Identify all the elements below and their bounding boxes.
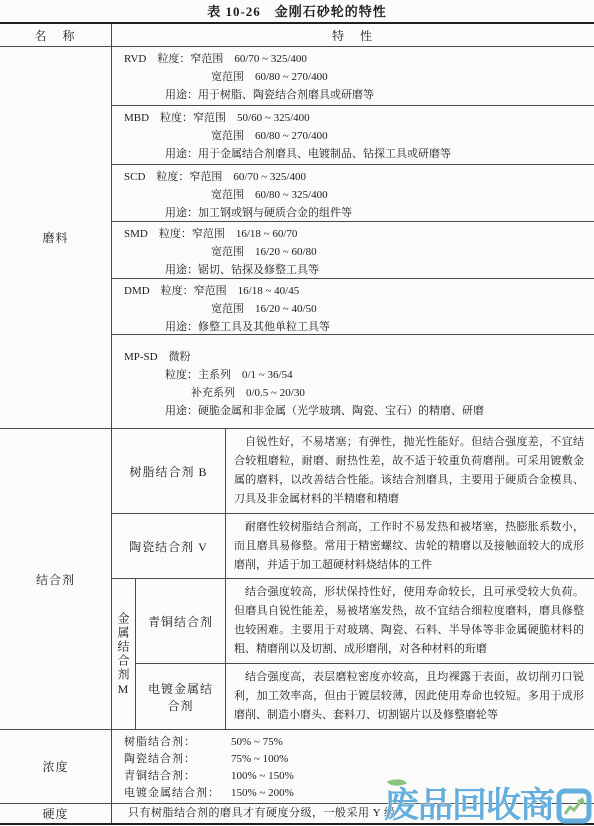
abrasive-line: 宽范围 60/80 ~ 270/400: [112, 68, 594, 86]
resin-bond-desc: 自锐性好，不易堵塞；有弹性，抛光性能好。但结合强度差，不宜结合较粗磨粒，耐磨、耐…: [226, 429, 594, 513]
header-feature-cell: 特 性: [112, 24, 594, 46]
metal-bond-name: 金属结合剂M: [115, 612, 132, 698]
abrasive-body: RVD 粒度：窄范围 60/70 ~ 325/400 宽范围 60/80 ~ 2…: [112, 47, 594, 428]
watermark-text: 废品回收商: [384, 788, 554, 824]
concentration-name: 电镀金属结合剂：: [112, 785, 231, 802]
concentration-row: 青铜结合剂： 100% ~ 150%: [112, 768, 594, 785]
header-name-cell: 名 称: [0, 24, 112, 46]
concentration-value: 50% ~ 75%: [231, 734, 594, 751]
electroplated-bond-name: 电镀金属结合剂: [136, 664, 226, 730]
abrasive-item-dmd: DMD 粒度：窄范围 16/18 ~ 40/45 宽范围 16/20 ~ 40/…: [112, 279, 594, 335]
abrasive-line: 宽范围 60/80 ~ 270/400: [112, 127, 594, 145]
hardness-row-label: 硬度: [0, 804, 112, 823]
bond-row-ceramic: 陶瓷结合剂 V 耐磨性较树脂结合剂高，工作时不易发热和被堵塞，热膨胀系数小，而且…: [112, 514, 594, 579]
abrasive-line: 宽范围 16/20 ~ 60/80: [112, 243, 594, 261]
abrasive-line: RVD 粒度：窄范围 60/70 ~ 325/400: [112, 50, 594, 68]
concentration-name: 树脂结合剂：: [112, 734, 231, 751]
abrasive-line: 用途：加工钢或钢与硬质合金的组件等: [112, 204, 594, 222]
abrasive-line: 用途：修整工具及其他单粒工具等: [112, 318, 594, 335]
concentration-row: 陶瓷结合剂： 75% ~ 100%: [112, 751, 594, 768]
metal-bond-group: 金属结合剂M 青铜结合剂 结合强度较高，形状保持性好，使用寿命较长，且可承受较大…: [112, 579, 594, 730]
abrasive-line: 补充系列 0/0.5 ~ 20/30: [112, 384, 594, 402]
resin-bond-name: 树脂结合剂 B: [112, 429, 226, 513]
abrasive-item-smd: SMD 粒度：窄范围 16/18 ~ 60/70 宽范围 16/20 ~ 60/…: [112, 222, 594, 279]
bronze-bond-name: 青铜结合剂: [136, 579, 226, 663]
watermark: 废品回收商: [384, 788, 592, 824]
metal-bond-vertical-label-cell: 金属结合剂M: [112, 579, 136, 730]
abrasive-line: MBD 粒度：窄范围 50/60 ~ 325/400: [112, 109, 594, 127]
ceramic-bond-desc: 耐磨性较树脂结合剂高，工作时不易发热和被堵塞，热膨胀系数小，而且磨具易修整。常用…: [226, 514, 594, 578]
concentration-value: 75% ~ 100%: [231, 751, 594, 768]
bond-row-metal: 金属结合剂M 青铜结合剂 结合强度较高，形状保持性好，使用寿命较长，且可承受较大…: [112, 579, 594, 730]
concentration-row: 树脂结合剂： 50% ~ 75%: [112, 734, 594, 751]
abrasive-item-mpsd: MP-SD 微粉 粒度：主系列 0/1 ~ 36/54 补充系列 0/0.5 ~…: [112, 335, 594, 429]
concentration-name: 陶瓷结合剂：: [112, 751, 231, 768]
abrasive-line: DMD 粒度：窄范围 16/18 ~ 40/45: [112, 282, 594, 300]
spec-table: 名 称 特 性 磨料 RVD 粒度：窄范围 60/70 ~ 325/400 宽范…: [0, 22, 594, 825]
concentration-value: 100% ~ 150%: [231, 768, 594, 785]
abrasive-row-label: 磨料: [0, 47, 112, 428]
abrasive-line: 宽范围 16/20 ~ 40/50: [112, 300, 594, 318]
abrasive-item-rvd: RVD 粒度：窄范围 60/70 ~ 325/400 宽范围 60/80 ~ 2…: [112, 47, 594, 106]
abrasive-line: 粒度：主系列 0/1 ~ 36/54: [112, 366, 594, 384]
electroplated-bond-desc: 结合强度高，表层磨粒密度亦较高，且均裸露于表面，故切削刃口锐利，加工效率高，但由…: [226, 664, 594, 730]
abrasive-line: 用途：锯切、钻探及修整工具等: [112, 261, 594, 279]
abrasive-item-scd: SCD 粒度：窄范围 60/70 ~ 325/400 宽范围 60/80 ~ 3…: [112, 165, 594, 222]
abrasive-section: 磨料 RVD 粒度：窄范围 60/70 ~ 325/400 宽范围 60/80 …: [0, 47, 594, 429]
metal-bond-subrows: 青铜结合剂 结合强度较高，形状保持性好，使用寿命较长，且可承受较大负荷。但磨具自…: [136, 579, 594, 730]
abrasive-item-mbd: MBD 粒度：窄范围 50/60 ~ 325/400 宽范围 60/80 ~ 2…: [112, 106, 594, 165]
bond-row-resin: 树脂结合剂 B 自锐性好，不易堵塞；有弹性，抛光性能好。但结合强度差，不宜结合较…: [112, 429, 594, 514]
abrasive-line: 宽范围 60/80 ~ 325/400: [112, 186, 594, 204]
bond-body: 树脂结合剂 B 自锐性好，不易堵塞；有弹性，抛光性能好。但结合强度差，不宜结合较…: [112, 429, 594, 729]
abrasive-line: 用途：硬脆金属和非金属（光学玻璃、陶瓷、宝石）的精磨、研磨: [112, 402, 594, 420]
bond-row-label: 结合剂: [0, 429, 112, 729]
ceramic-bond-name: 陶瓷结合剂 V: [112, 514, 226, 578]
page: 表 10-26 金刚石砂轮的特性 名 称 特 性 磨料 RVD 粒度：窄范围 6…: [0, 0, 594, 825]
concentration-name: 青铜结合剂：: [112, 768, 231, 785]
abrasive-line: 用途：用于树脂、陶瓷结合剂磨具或研磨等: [112, 86, 594, 104]
abrasive-line: SMD 粒度：窄范围 16/18 ~ 60/70: [112, 225, 594, 243]
bond-row-electroplated: 电镀金属结合剂 结合强度高，表层磨粒密度亦较高，且均裸露于表面，故切削刃口锐利，…: [136, 664, 594, 730]
abrasive-line: 用途：用于金属结合剂磨具、电镀制品、钻探工具或研磨等: [112, 145, 594, 163]
concentration-row-label: 浓度: [0, 730, 112, 803]
bond-section: 结合剂 树脂结合剂 B 自锐性好，不易堵塞；有弹性，抛光性能好。但结合强度差，不…: [0, 429, 594, 730]
bond-row-bronze: 青铜结合剂 结合强度较高，形状保持性好，使用寿命较长，且可承受较大负荷。但磨具自…: [136, 579, 594, 664]
abrasive-line: MP-SD 微粉: [112, 348, 594, 366]
abrasive-line: SCD 粒度：窄范围 60/70 ~ 325/400: [112, 168, 594, 186]
table-header-row: 名 称 特 性: [0, 24, 594, 47]
bronze-bond-desc: 结合强度较高，形状保持性好，使用寿命较长，且可承受较大负荷。但磨具自锐性能差，易…: [226, 579, 594, 663]
trend-up-chart-icon: [556, 788, 592, 824]
table-title: 表 10-26 金刚石砂轮的特性: [0, 0, 594, 22]
